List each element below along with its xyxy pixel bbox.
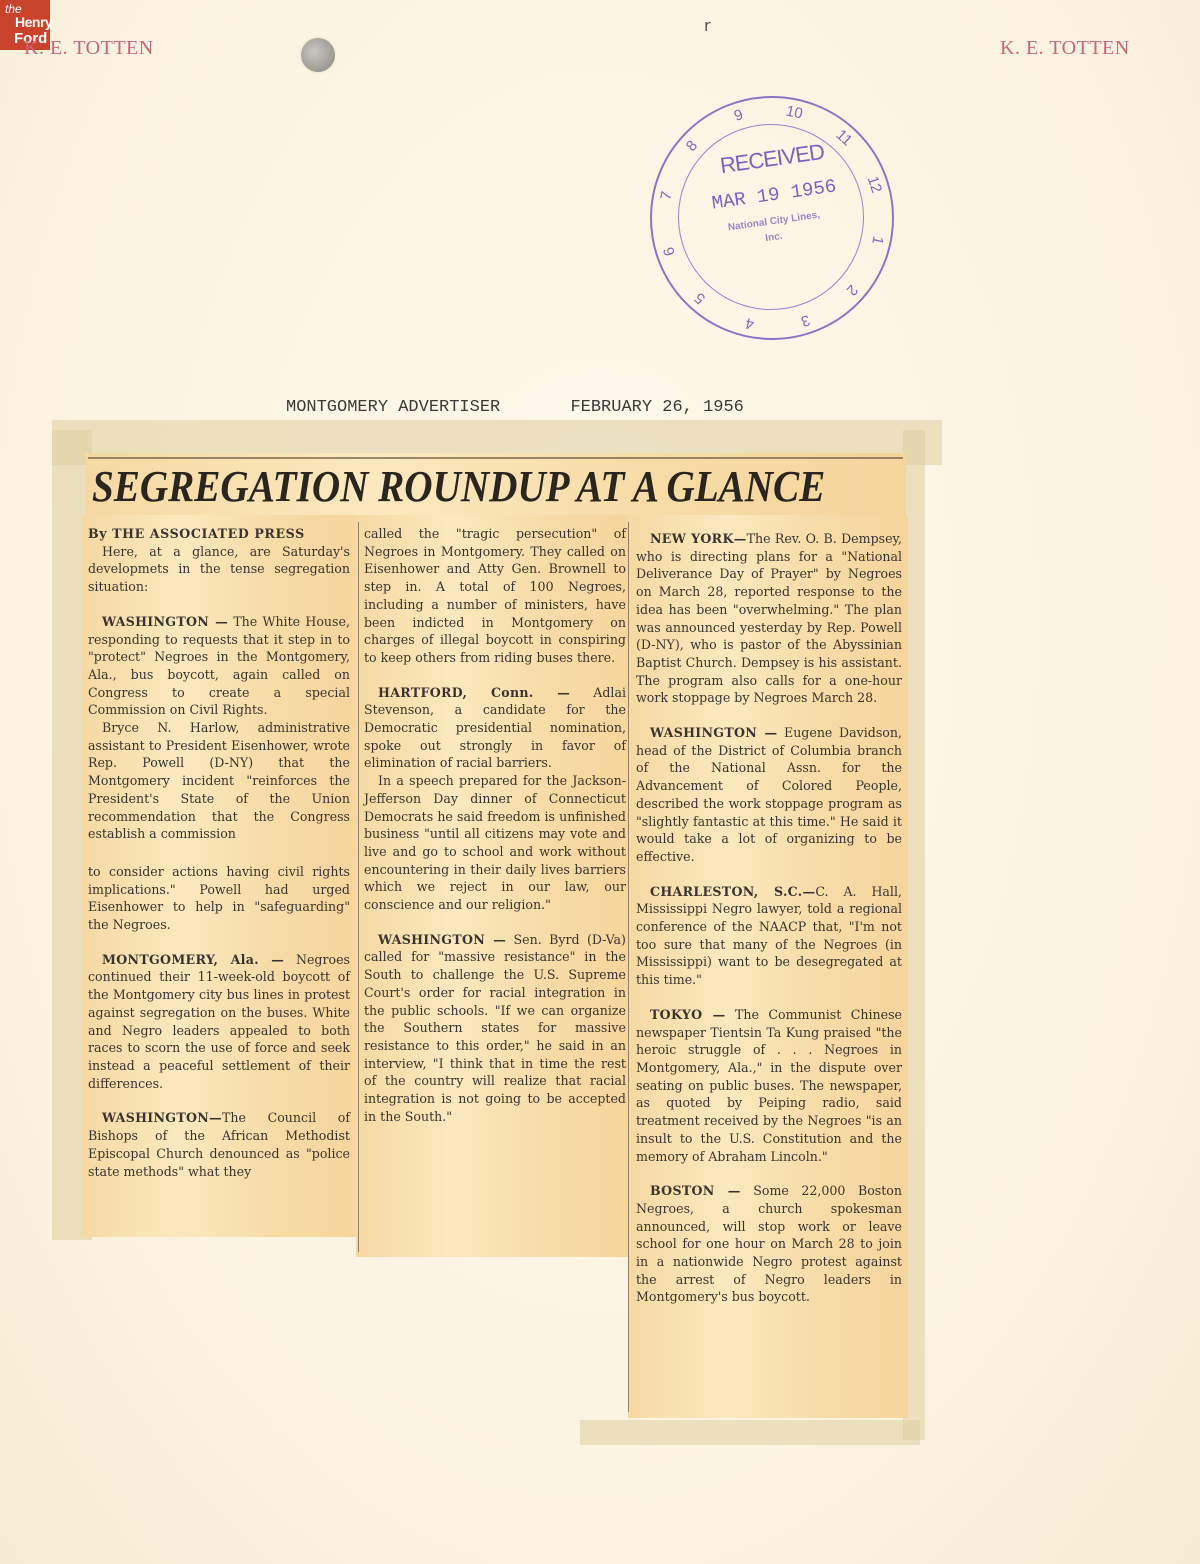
item-text: Bryce N. Harlow, administrative assistan… xyxy=(88,720,350,841)
item-dateline: TOKYO — xyxy=(650,1007,725,1022)
article-intro: Here, at a glance, are Saturday's develo… xyxy=(88,543,350,596)
pencil-mark: r xyxy=(704,16,711,35)
article-headline: SEGREGATION ROUNDUP AT A GLANCE xyxy=(92,461,813,512)
stamp-hour-number: 7 xyxy=(656,184,680,208)
news-item: MONTGOMERY, Ala. — Negroes continued the… xyxy=(88,951,350,1093)
item-text: to consider actions having civil rights … xyxy=(88,864,350,932)
item-dateline: HARTFORD, Conn. — xyxy=(378,685,570,700)
column-divider-2 xyxy=(628,522,629,1412)
publication-date: FEBRUARY 26, 1956 xyxy=(570,398,743,417)
item-dateline: BOSTON — xyxy=(650,1183,741,1198)
headline-rule xyxy=(88,457,903,459)
item-text: Sen. Byrd (D-Va) called for "massive res… xyxy=(364,932,626,1124)
item-dateline: MONTGOMERY, Ala. — xyxy=(102,952,284,967)
tape-strip-bottom xyxy=(580,1420,920,1445)
owner-stamp-right: K. E. TOTTEN xyxy=(1000,37,1130,60)
item-dateline: WASHINGTON — xyxy=(650,725,777,740)
news-item: CHARLESTON, S.C.—C. A. Hall, Mississippi… xyxy=(636,883,902,989)
item-dateline: WASHINGTON— xyxy=(102,1110,222,1125)
article-column-2: called the "tragic persecution" of Negro… xyxy=(364,525,626,1126)
stamp-hour-number: 4 xyxy=(738,310,762,334)
stamp-hour-number: 12 xyxy=(860,173,885,198)
stamp-hour-number: 2 xyxy=(837,275,865,303)
news-item: HARTFORD, Conn. — Adlai Stevenson, a can… xyxy=(364,684,626,773)
news-item: WASHINGTON — Eugene Davidson, head of th… xyxy=(636,724,902,866)
stamp-hour-number: 3 xyxy=(792,306,817,331)
news-item: NEW YORK—The Rev. O. B. Dempsey, who is … xyxy=(636,530,902,707)
punch-hole xyxy=(301,38,335,72)
article-byline: By THE ASSOCIATED PRESS xyxy=(88,525,350,543)
item-text: Eugene Davidson, head of the District of… xyxy=(636,725,902,864)
article-column-3: NEW YORK—The Rev. O. B. Dempsey, who is … xyxy=(636,530,902,1306)
news-item: WASHINGTON — The White House, responding… xyxy=(88,613,350,719)
item-text: The White House, responding to requests … xyxy=(88,614,350,718)
item-text: Negroes continued their 11-week-old boyc… xyxy=(88,952,350,1091)
item-text: The Rev. O. B. Dempsey, who is directing… xyxy=(636,531,902,705)
item-dateline: NEW YORK— xyxy=(650,531,747,546)
column-divider-1 xyxy=(358,522,359,1252)
item-dateline: WASHINGTON — xyxy=(102,614,228,629)
item-text: called the "tragic persecution" of Negro… xyxy=(364,526,626,665)
news-item: Bryce N. Harlow, administrative assistan… xyxy=(88,719,350,843)
news-item: called the "tragic persecution" of Negro… xyxy=(364,525,626,667)
news-item: to consider actions having civil rights … xyxy=(88,863,350,934)
news-item: TOKYO — The Communist Chinese newspaper … xyxy=(636,1006,902,1165)
received-stamp: 123456789101112 RECEIVED MAR 19 1956 Nat… xyxy=(650,96,894,340)
publication-name: MONTGOMERY ADVERTISER xyxy=(286,398,500,417)
stamp-hour-number: 1 xyxy=(864,228,888,252)
news-item: WASHINGTON — Sen. Byrd (D-Va) called for… xyxy=(364,931,626,1126)
stamp-hour-number: 10 xyxy=(782,102,806,126)
item-dateline: CHARLESTON, S.C.— xyxy=(650,884,815,899)
logo-text-henry: Henry xyxy=(15,15,52,29)
typed-source-header: MONTGOMERY ADVERTISER FEBRUARY 26, 1956 xyxy=(286,398,744,417)
item-text: The Communist Chinese newspaper Tientsin… xyxy=(636,1007,902,1164)
stamp-hour-number: 6 xyxy=(659,238,684,263)
item-text: Some 22,000 Boston Negroes, a church spo… xyxy=(636,1183,902,1304)
article-column-1: By THE ASSOCIATED PRESS Here, at a glanc… xyxy=(88,525,350,1180)
item-dateline: WASHINGTON — xyxy=(378,932,506,947)
news-item: WASHINGTON—The Council of Bishops of the… xyxy=(88,1109,350,1180)
item-text: In a speech prepared for the Jackson-Jef… xyxy=(364,773,626,912)
item-text: C. A. Hall, Mississippi Negro lawyer, to… xyxy=(636,884,902,988)
owner-stamp-left: K. E. TOTTEN xyxy=(24,37,154,60)
news-item: BOSTON — Some 22,000 Boston Negroes, a c… xyxy=(636,1182,902,1306)
news-item: In a speech prepared for the Jackson-Jef… xyxy=(364,772,626,914)
